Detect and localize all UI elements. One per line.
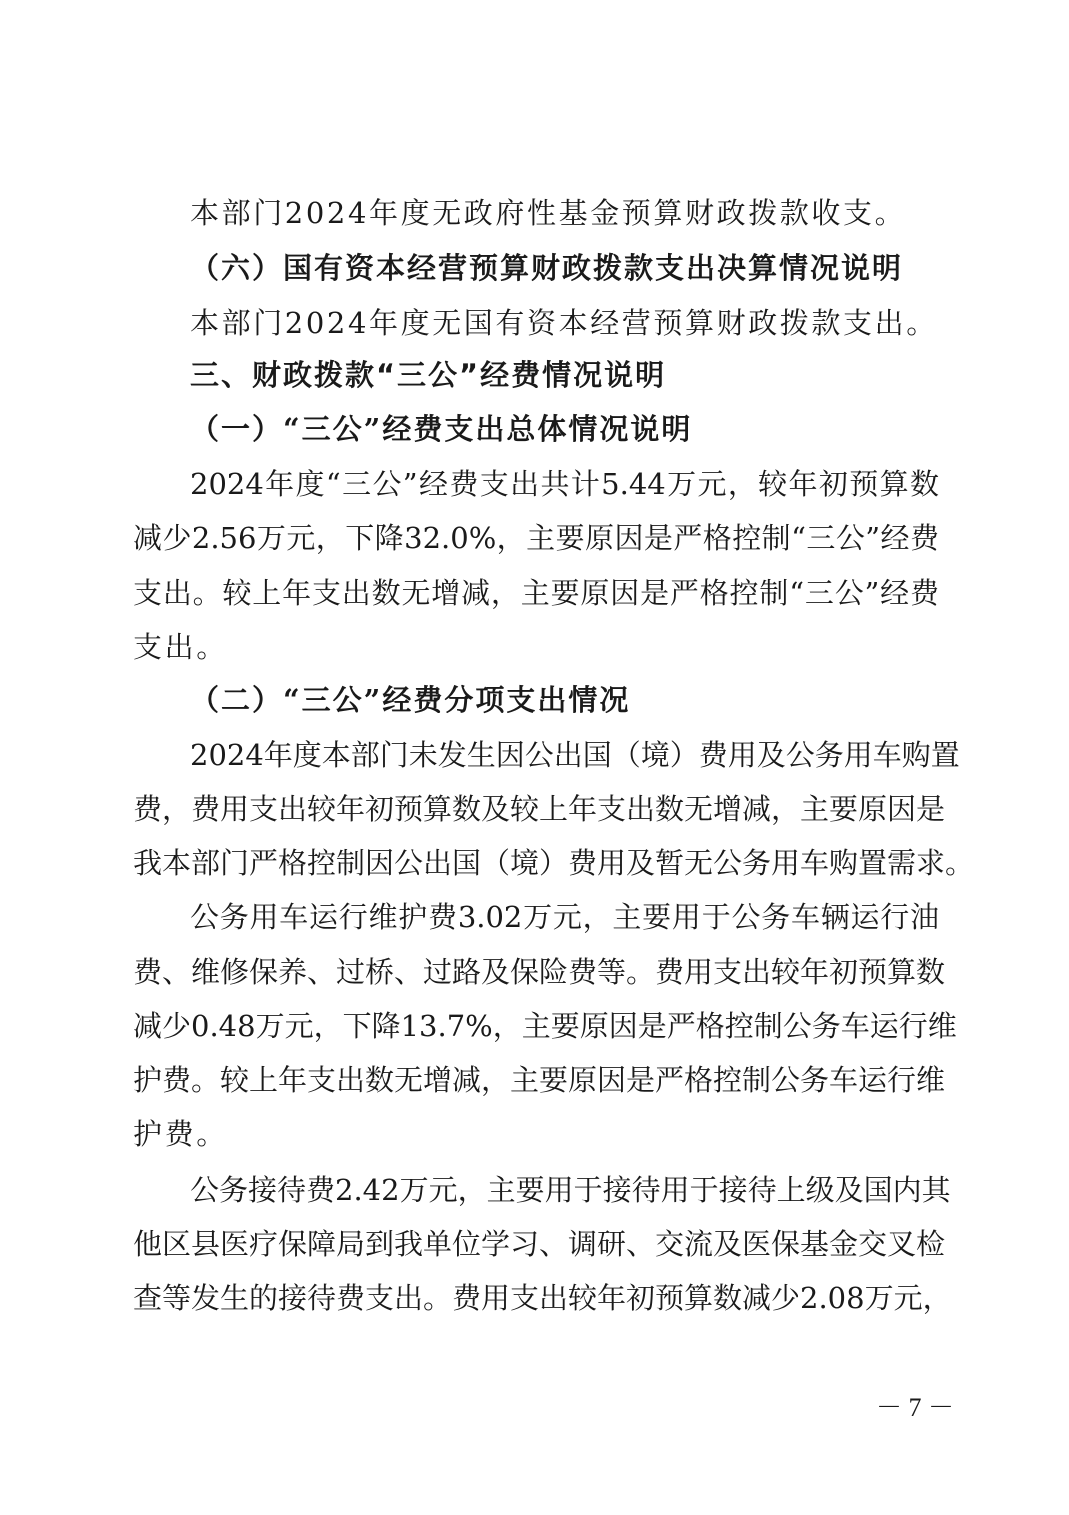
paragraph-line: 他区县医疗保障局到我单位学习、调研、交流及医保基金交叉检 [133,1226,939,1262]
paragraph-line: 本部门2024年度无政府性基金预算财政拨款收支。 [190,195,939,231]
section-heading-1: （一）“三公”经费支出总体情况说明 [190,411,939,447]
paragraph-line: 查等发生的接待费支出。费用支出较年初预算数减少2.08万元， [133,1280,939,1316]
paragraph-line: 公务接待费2.42万元，主要用于接待用于接待上级及国内其 [190,1172,939,1208]
paragraph-line: 费，费用支出较年初预算数及较上年支出数无增减，主要原因是 [133,791,939,827]
paragraph-line: 支出。较上年支出数无增减，主要原因是严格控制“三公”经费 [133,575,939,611]
section-heading-6: （六）国有资本经营预算财政拨款支出决算情况说明 [190,250,939,286]
paragraph-line: 公务用车运行维护费3.02万元，主要用于公务车辆运行油 [190,899,939,935]
paragraph-line: 减少0.48万元，下降13.7%，主要原因是严格控制公务车运行维 [133,1008,939,1044]
paragraph-line: 支出。 [133,629,939,665]
paragraph-line: 2024年度本部门未发生因公出国（境）费用及公务用车购置 [190,737,939,773]
chapter-heading-3: 三、财政拨款“三公”经费情况说明 [190,357,939,393]
section-heading-2: （二）“三公”经费分项支出情况 [190,682,939,718]
paragraph-line: 护费。 [133,1116,939,1152]
paragraph-line: 费、维修保养、过桥、过路及保险费等。费用支出较年初预算数 [133,954,939,990]
paragraph-line: 本部门2024年度无国有资本经营预算财政拨款支出。 [190,305,939,341]
paragraph-line: 我本部门严格控制因公出国（境）费用及暂无公务用车购置需求。 [133,845,939,881]
paragraph-line: 2024年度“三公”经费支出共计5.44万元，较年初预算数 [190,466,939,502]
paragraph-line: 护费。较上年支出数无增减，主要原因是严格控制公务车运行维 [133,1062,939,1098]
document-page: 本部门2024年度无政府性基金预算财政拨款收支。 （六）国有资本经营预算财政拨款… [0,0,1069,1515]
page-number: － 7 － [876,1393,954,1423]
paragraph-line: 减少2.56万元，下降32.0%，主要原因是严格控制“三公”经费 [133,520,939,556]
